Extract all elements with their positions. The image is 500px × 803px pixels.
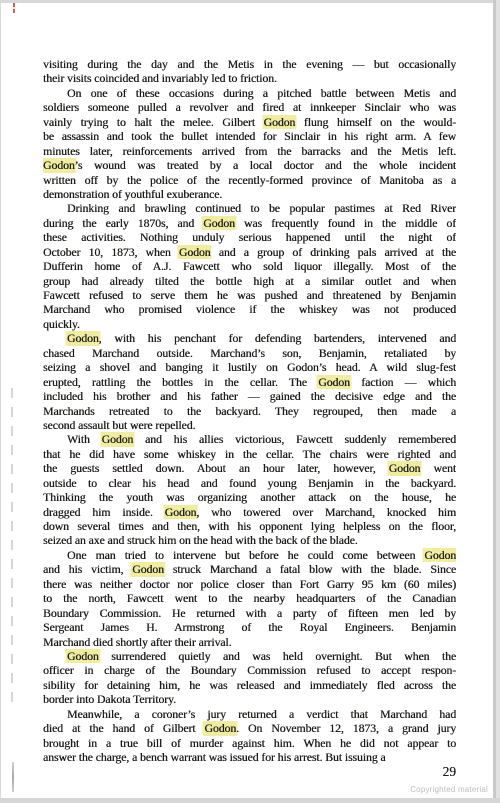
text-line: demonstration of youthful exuberance. — [43, 187, 456, 201]
paragraph: Godon surrendered quietly and was held o… — [43, 649, 456, 707]
text-segment: second assault but were repelled. — [43, 418, 195, 432]
text-line: be assassin and took the bullet intended… — [43, 129, 456, 143]
text-segment: group had already tilted the bottle high… — [43, 274, 456, 288]
text-segment: down several times and then, with his op… — [43, 519, 456, 533]
text-line: vainly trying to halt the melee. Gilbert… — [43, 115, 456, 129]
text-line: Marchands retreated to the backyard. The… — [43, 404, 456, 418]
paragraph: On one of these occasions during a pitch… — [43, 86, 456, 202]
text-segment: October 10, 1873, when — [43, 245, 179, 259]
text-line: chased Marchand outside. Marchand’s son,… — [43, 346, 456, 360]
text-line: Meanwhile, a coroner’s jury returned a v… — [43, 707, 456, 721]
text-line: seizing a shovel and banging it lustily … — [43, 360, 456, 374]
scan-artifact-line — [12, 762, 14, 792]
text-segment: there was neither doctor nor police clos… — [43, 577, 456, 591]
search-highlight: Godon — [203, 216, 235, 230]
text-segment: struck Marchand a fatal blow with the bl… — [164, 562, 456, 576]
text-segment: . On November 12, 1873, a grand jury — [236, 721, 456, 735]
text-line: seized an axe and struck him on the head… — [43, 533, 456, 547]
text-line: soldiers someone pulled a revolver and f… — [43, 100, 456, 114]
text-segment: visiting during the day and the Metis in… — [43, 57, 456, 71]
page-border-bottom — [0, 798, 500, 803]
text-line: included his brother and his father — ga… — [43, 389, 456, 403]
text-line: Boundary Commission. He returned with a … — [43, 606, 456, 620]
text-line: Thinking the youth was organizing anothe… — [43, 490, 456, 504]
page-border-top — [0, 0, 500, 3]
text-segment: surrendered quietly and was held overnig… — [99, 649, 456, 663]
text-line: died at the hand of Gilbert Godon. On No… — [43, 721, 456, 735]
paragraph: With Godon and his allies victorious, Fa… — [43, 432, 456, 548]
text-segment: Boundary Commission. He returned with a … — [43, 606, 456, 620]
text-segment: and his allies victorious, Fawcett sudde… — [133, 432, 456, 446]
text-line: erupted, rattling the bottles in the cel… — [43, 375, 456, 389]
text-line: With Godon and his allies victorious, Fa… — [43, 432, 456, 446]
text-line: that he did have some whiskey in the cel… — [43, 447, 456, 461]
page-border-right — [493, 0, 500, 803]
paragraph: Meanwhile, a coroner’s jury returned a v… — [43, 707, 456, 765]
search-highlight: Godon — [179, 245, 211, 259]
text-segment: their visits coincided and invariably le… — [43, 71, 277, 85]
text-line: border into Dakota Territory. — [43, 692, 456, 706]
text-line: Godon, with his penchant for defending b… — [43, 331, 456, 345]
page-border-left — [0, 0, 1, 803]
search-highlight: Godon — [318, 375, 350, 389]
search-highlight: Godon — [132, 562, 164, 576]
text-segment: With — [67, 432, 102, 446]
text-segment: and a group of drinking pals arrived at … — [210, 245, 456, 259]
text-segment: soldiers someone pulled a revolver and f… — [43, 100, 456, 114]
text-line: Godon’s wound was treated by a local doc… — [43, 158, 456, 172]
text-segment: outside to clear his head and found youn… — [43, 476, 456, 490]
text-segment: seized an axe and struck him on the head… — [43, 533, 358, 547]
text-segment: Thinking the youth was organizing anothe… — [43, 490, 456, 504]
text-line: written off by the police of the recentl… — [43, 173, 456, 187]
text-line: brought in a true bill of murder against… — [43, 736, 456, 750]
text-segment: erupted, rattling the bottles in the cel… — [43, 375, 318, 389]
text-line: Marchand who promised violence if the wh… — [43, 302, 456, 316]
text-segment: Drinking and brawling continued to be po… — [67, 201, 456, 215]
red-margin-mark — [13, 3, 15, 13]
text-segment: chased Marchand outside. Marchand’s son,… — [43, 346, 456, 360]
text-line: second assault but were repelled. — [43, 418, 456, 432]
text-segment: went — [420, 461, 456, 475]
text-line: minutes later, reinforcements arrived fr… — [43, 144, 456, 158]
search-highlight: Godon — [389, 461, 421, 475]
text-segment: died at the hand of Gilbert — [43, 721, 204, 735]
text-segment: be assassin and took the bullet intended… — [43, 129, 456, 143]
text-segment: vainly trying to halt the melee. Gilbert — [43, 115, 264, 129]
search-highlight: Godon — [102, 432, 134, 446]
text-segment: demonstration of youthful exuberance. — [43, 187, 222, 201]
text-line: Dufferin home of A.J. Fawcett who sold l… — [43, 259, 456, 273]
text-line: quickly. — [43, 317, 456, 331]
text-line: Godon surrendered quietly and was held o… — [43, 649, 456, 663]
text-segment: minutes later, reinforcements arrived fr… — [43, 144, 456, 158]
paragraph: Drinking and brawling continued to be po… — [43, 201, 456, 331]
text-line: the guests settled down. About an hour l… — [43, 461, 456, 475]
text-segment: answer the charge, a bench warrant was i… — [43, 750, 385, 764]
text-segment: Meanwhile, a coroner’s jury returned a v… — [67, 707, 456, 721]
text-line: during the early 1870s, and Godon was fr… — [43, 216, 456, 230]
search-highlight: Godon — [67, 331, 99, 345]
text-segment: sibility for detaining him, he was relea… — [43, 678, 456, 692]
text-segment: that he did have some whiskey in the cel… — [43, 447, 456, 461]
search-highlight: Godon — [165, 505, 197, 519]
text-segment: One man tried to intervene but before he… — [67, 548, 424, 562]
paragraph: visiting during the day and the Metis in… — [43, 57, 456, 86]
text-segment: ’s wound was treated by a local doctor a… — [75, 158, 456, 172]
text-line: One man tried to intervene but before he… — [43, 548, 456, 562]
text-segment: was frequently found in the middle of — [235, 216, 456, 230]
text-segment: flung himself on the would- — [295, 115, 456, 129]
page-text: visiting during the day and the Metis in… — [43, 57, 456, 764]
text-segment: Marchand died shortly after their arriva… — [43, 635, 231, 649]
text-segment: seizing a shovel and banging it lustily … — [43, 360, 456, 374]
search-highlight: Godon — [67, 649, 99, 663]
text-segment: during the early 1870s, and — [43, 216, 203, 230]
text-segment: Dufferin home of A.J. Fawcett who sold l… — [43, 259, 456, 273]
text-line: their visits coincided and invariably le… — [43, 71, 456, 85]
text-segment: , who towered over Marchand, knocked him — [196, 505, 456, 519]
text-segment: Marchand who promised violence if the wh… — [43, 302, 456, 316]
text-line: these activities. Nothing unduly serious… — [43, 230, 456, 244]
text-line: Fawcett refused to serve them he was pus… — [43, 288, 456, 302]
text-segment: officer in charge of the Boundary Commis… — [43, 663, 456, 677]
text-segment: written off by the police of the recentl… — [43, 173, 456, 187]
search-highlight: Godon — [43, 158, 75, 172]
paragraph: One man tried to intervene but before he… — [43, 548, 456, 649]
paragraph: Godon, with his penchant for defending b… — [43, 331, 456, 432]
text-segment: quickly. — [43, 317, 80, 331]
page-number: 29 — [43, 764, 456, 780]
text-segment: Fawcett refused to serve them he was pus… — [43, 288, 456, 302]
text-line: to the north, Fawcett went to the nearby… — [43, 591, 456, 605]
text-line: visiting during the day and the Metis in… — [43, 57, 456, 71]
text-line: officer in charge of the Boundary Commis… — [43, 663, 456, 677]
text-segment: Sergeant James H. Armstrong of the Royal… — [43, 620, 456, 634]
search-highlight: Godon — [424, 548, 456, 562]
text-line: Sergeant James H. Armstrong of the Royal… — [43, 620, 456, 634]
text-line: On one of these occasions during a pitch… — [43, 86, 456, 100]
text-line: group had already tilted the bottle high… — [43, 274, 456, 288]
text-line: there was neither doctor nor police clos… — [43, 577, 456, 591]
text-segment: included his brother and his father — ga… — [43, 389, 456, 403]
text-line: answer the charge, a bench warrant was i… — [43, 750, 456, 764]
text-line: Drinking and brawling continued to be po… — [43, 201, 456, 215]
scan-artifact-dashed-line — [11, 388, 13, 710]
copyright-notice: Copyrighted material — [410, 785, 488, 794]
text-segment: , with his penchant for defending barten… — [99, 331, 456, 345]
text-segment: brought in a true bill of murder against… — [43, 736, 456, 750]
search-highlight: Godon — [204, 721, 236, 735]
text-line: sibility for detaining him, he was relea… — [43, 678, 456, 692]
text-segment: these activities. Nothing unduly serious… — [43, 230, 456, 244]
search-highlight: Godon — [264, 115, 296, 129]
text-segment: dragged him inside. — [43, 505, 165, 519]
text-line: October 10, 1873, when Godon and a group… — [43, 245, 456, 259]
text-line: Marchand died shortly after their arriva… — [43, 635, 456, 649]
book-page: visiting during the day and the Metis in… — [0, 0, 500, 803]
text-line: down several times and then, with his op… — [43, 519, 456, 533]
text-segment: to the north, Fawcett went to the nearby… — [43, 591, 456, 605]
text-segment: border into Dakota Territory. — [43, 692, 176, 706]
text-segment: Marchands retreated to the backyard. The… — [43, 404, 456, 418]
text-segment: faction — which — [350, 375, 456, 389]
text-line: and his victim, Godon struck Marchand a … — [43, 562, 456, 576]
text-line: dragged him inside. Godon, who towered o… — [43, 505, 456, 519]
text-segment: and his victim, — [43, 562, 132, 576]
text-segment: the guests settled down. About an hour l… — [43, 461, 389, 475]
text-segment: On one of these occasions during a pitch… — [67, 86, 456, 100]
text-line: outside to clear his head and found youn… — [43, 476, 456, 490]
